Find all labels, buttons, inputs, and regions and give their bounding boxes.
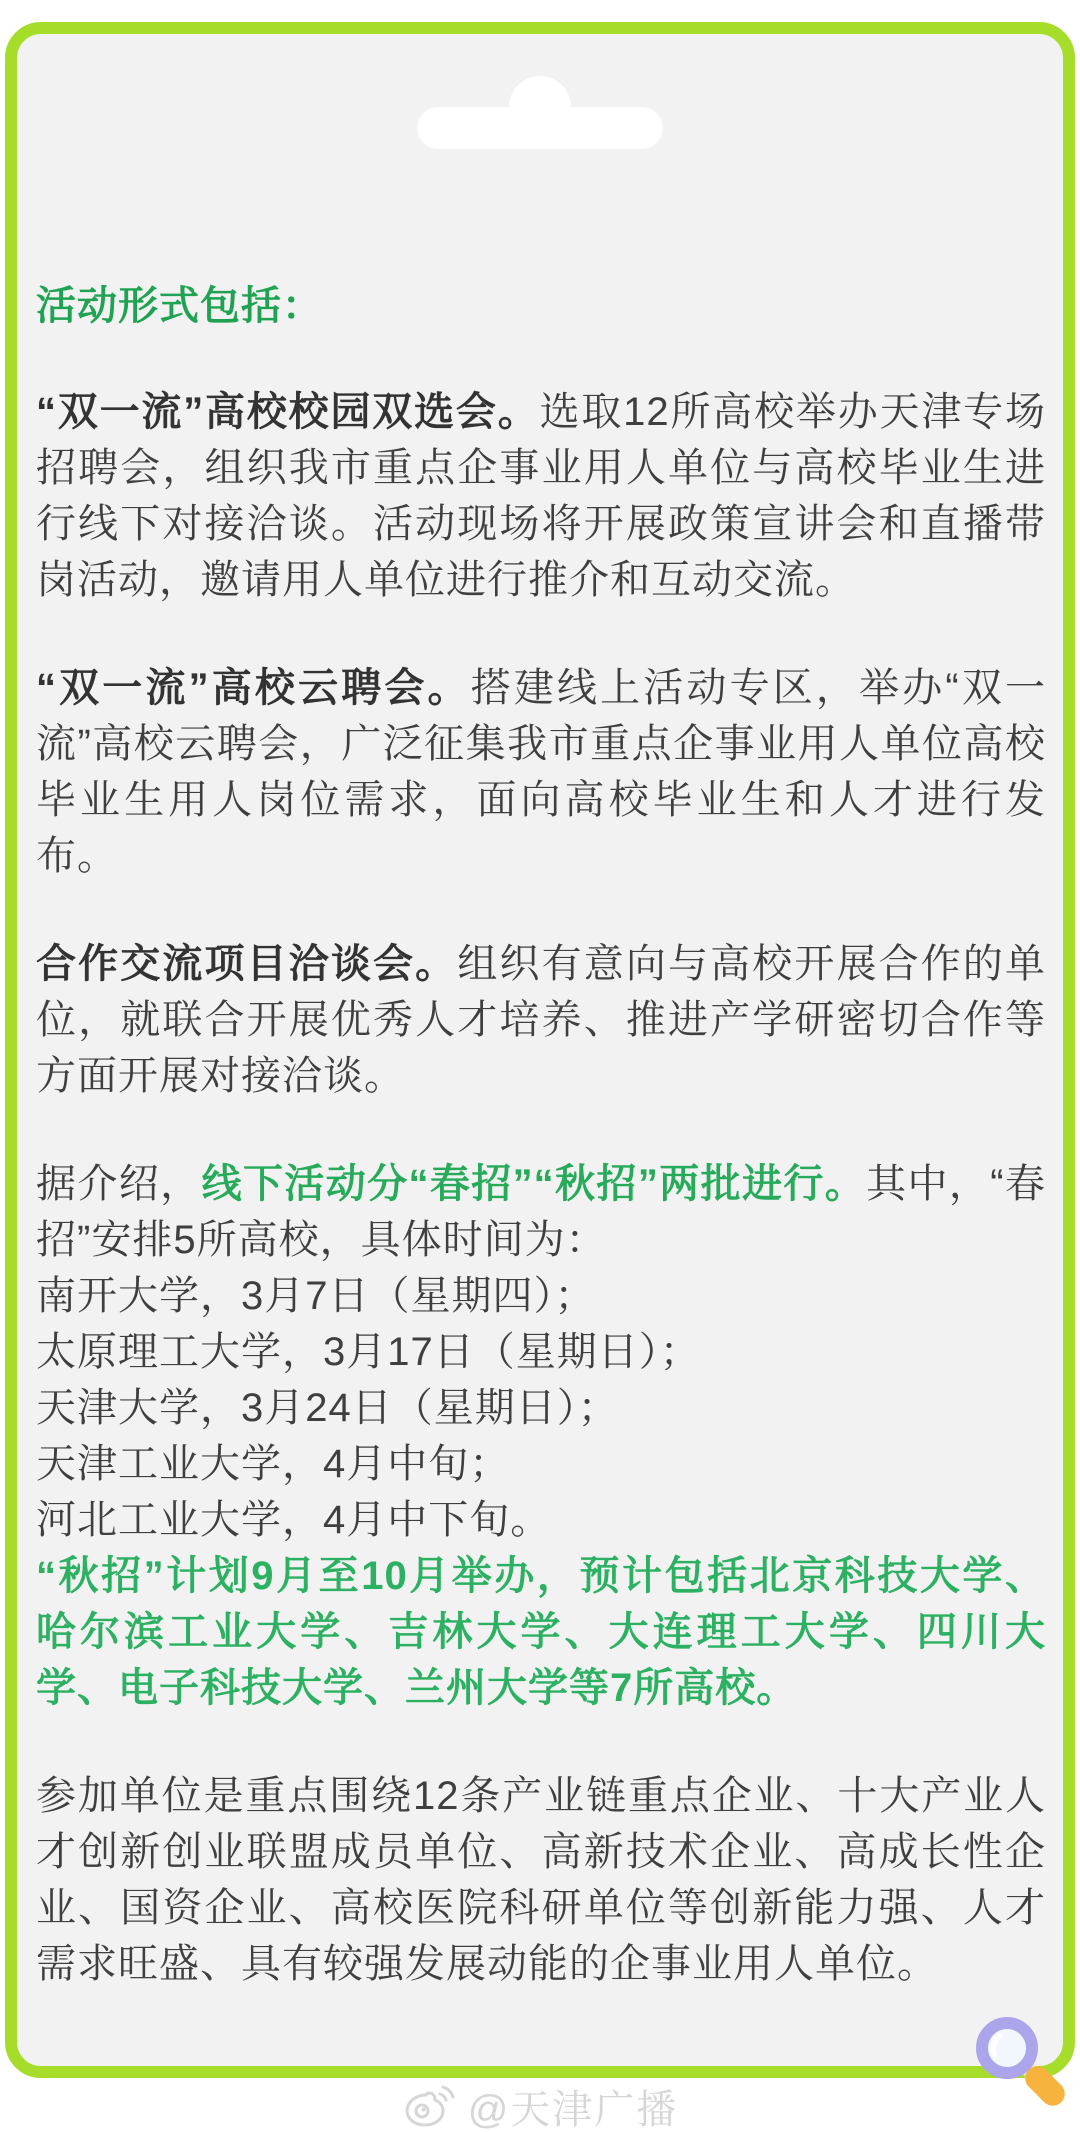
article-body: “双一流”高校校园双选会。选取12所高校举办天津专场招聘会，组织我市重点企事业用… xyxy=(36,384,1046,1992)
text-segment: 参加单位是重点围绕12条产业链重点企业、十大产业人才创新创业联盟成员单位、高新技… xyxy=(36,1774,1046,1986)
text-segment: 线下活动分“春招”“秋招”两批进行。 xyxy=(202,1162,867,1206)
text-segment: “双一流”高校云聘会。 xyxy=(36,666,471,710)
watermark: @天津广播 xyxy=(0,2080,1080,2132)
paragraph: 据介绍，线下活动分“春招”“秋招”两批进行。其中，“春招”安排5所高校，具体时间… xyxy=(36,1156,1046,1716)
page: { "article": { "heading": "活动形式包括：", "pa… xyxy=(0,0,1080,2132)
text-segment: 太原理工大学，3月17日（星期日）； xyxy=(36,1330,701,1374)
paragraph: “双一流”高校云聘会。搭建线上活动专区，举办“双一流”高校云聘会，广泛征集我市重… xyxy=(36,660,1046,884)
watermark-text: @天津广播 xyxy=(468,2078,679,2132)
magnifier-icon xyxy=(973,2014,1073,2114)
paragraph: 参加单位是重点围绕12条产业链重点企业、十大产业人才创新创业联盟成员单位、高新技… xyxy=(36,1768,1046,1992)
magnifier-lens xyxy=(982,2023,1032,2073)
text-segment: 合作交流项目洽谈会。 xyxy=(36,942,457,986)
content-card: 活动形式包括： “双一流”高校校园双选会。选取12所高校举办天津专场招聘会，组织… xyxy=(5,22,1075,2078)
paragraph: “双一流”高校校园双选会。选取12所高校举办天津专场招聘会，组织我市重点企事业用… xyxy=(36,384,1046,608)
paragraph: 合作交流项目洽谈会。组织有意向与高校开展合作的单位，就联合开展优秀人才培养、推进… xyxy=(36,936,1046,1104)
text-segment: “双一流”高校校园双选会。 xyxy=(36,390,540,434)
text-segment: 河北工业大学，4月中下旬。 xyxy=(36,1498,551,1542)
text-segment: 天津大学，3月24日（星期日）； xyxy=(36,1386,619,1430)
text-segment: 南开大学，3月7日（星期四）； xyxy=(36,1274,596,1318)
section-heading: 活动形式包括： xyxy=(36,278,1046,334)
text-segment: 天津工业大学，4月中旬； xyxy=(36,1442,510,1486)
text-segment: 据介绍， xyxy=(36,1162,202,1206)
article: 活动形式包括： “双一流”高校校园双选会。选取12所高校举办天津专场招聘会，组织… xyxy=(36,278,1046,1992)
text-segment: “秋招”计划9月至10月举办，预计包括北京科技大学、哈尔滨工业大学、吉林大学、大… xyxy=(36,1554,1046,1710)
weibo-icon xyxy=(402,2082,458,2130)
top-tab-shape xyxy=(417,107,663,149)
tab-bump xyxy=(509,76,571,138)
